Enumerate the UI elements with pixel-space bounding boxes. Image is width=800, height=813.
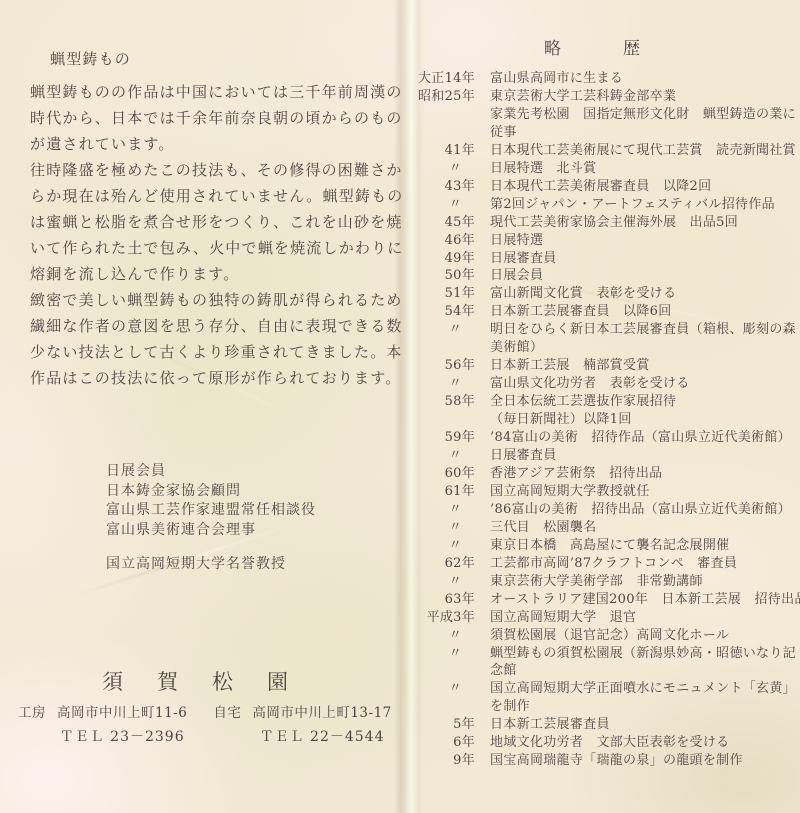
resume-year: 〃 [418,519,475,537]
resume-year: 平成3年 [418,609,475,627]
resume-year [418,698,475,716]
resume-entry-text: 日本現代工芸美術展にて現代工芸賞 読売新聞社賞 [475,142,800,160]
resume-row: を制作 [418,698,800,716]
resume-entry-text: 国立高岡短期大学教授就任 [475,483,800,501]
studio-label: 工房 [18,701,46,746]
paragraph-line: 往時隆盛を極めたこの技法も、その修得の困難さか [30,157,394,183]
contact-block: 工房 高岡市中川上町11-6 ＴＥＬ 23－2396 自宅 高岡市中川上町13-… [0,701,400,746]
credential-item: 富山県美術連合会理事 [106,521,316,541]
resume-year [418,411,475,429]
resume-year: 〃 [418,627,475,645]
resume-entry-text: オーストラリア建国200年 日本新工芸展 招待出品 [475,591,800,609]
resume-entry-text: 日展特選 北斗賞 [475,160,800,178]
resume-row: 〃 国立高岡短期大学正面噴水にモニュメント「玄黄」 [418,680,800,698]
resume-row: 〃 明日をひらく新日本工芸展審査員（箱根、彫刻の森 [418,321,800,339]
resume-year: 45年 [418,214,475,232]
resume-row: 〃 富山県文化功労者 表彰を受ける [418,375,800,393]
resume-entry-text: 日展会員 [475,267,800,285]
resume-year: 9年 [418,752,475,770]
resume-entry-text: 明日をひらく新日本工芸展審査員（箱根、彫刻の森 [475,321,800,339]
resume-row: 46年 日展特選 [418,232,800,250]
resume-row: 5年 日本新工芸展審査員 [418,716,800,734]
resume-row: 51年 富山新聞文化賞 表彰を受ける [418,285,800,303]
paragraph-line: 蝋型鋳ものの作品は中国においては三千年前周漢の [30,79,394,105]
resume-year: 〃 [418,321,475,339]
resume-row: 63年 オーストラリア建国200年 日本新工芸展 招待出品 [418,591,800,609]
resume-entry-text: 全日本伝統工芸選抜作家展招待 [475,393,800,411]
resume-entry-text: 須賀松園展（退官記念）高岡文化ホール [475,627,800,645]
resume-entry-text: 工芸都市高岡’87クラフトコンペ 審査員 [475,555,800,573]
resume-row: 58年 全日本伝統工芸選抜作家展招待 [418,393,800,411]
resume-year: 61年 [418,483,475,501]
resume-entry-text: を制作 [475,698,800,716]
resume-row: 56年 日本新工芸展 楠部賞受賞 [418,357,800,375]
resume-year: 大正14年 [418,70,475,88]
resume-year [418,339,475,357]
paragraph-line: 時代から、日本では千余年前奈良朝の頃からのもの [30,105,394,131]
paragraph-line: 繊細な作者の意図を思う存分、自由に表現できる数 [30,313,394,339]
resume-entry-text: ’84富山の美術 招待作品（富山県立近代美術館） [475,429,800,447]
resume-year [418,662,475,680]
resume-entry-text: 国宝高岡瑞龍寺「瑞龍の泉」の龍頭を制作 [475,752,800,770]
resume-row: 〃 須賀松園展（退官記念）高岡文化ホール [418,627,800,645]
resume-year: 63年 [418,591,475,609]
resume-entry-text: 三代目 松園襲名 [475,519,800,537]
resume-title: 略歴 [418,34,794,59]
resume-row: 〃 蝋型鋳もの須賀松園展（新潟県妙高・昭徳いなり記 [418,645,800,663]
resume-row: 60年 香港アジア芸術祭 招待出品 [418,465,800,483]
resume-entry-text: 蝋型鋳もの須賀松園展（新潟県妙高・昭徳いなり記 [475,645,800,663]
resume-row: 〃 日展審査員 [418,447,800,465]
resume-table: 大正14年 富山県高岡市に生まる 昭和25年 東京芸術大学工芸科鋳金部卒業 家業… [418,70,800,770]
resume-year: 43年 [418,178,475,196]
resume-year: 56年 [418,357,475,375]
resume-entry-text: 家業先考松園 国指定無形文化財 蝋型鋳造の業に [475,106,800,124]
resume-entry-text: 富山県文化功労者 表彰を受ける [475,375,800,393]
resume-entry-text: 日本新工芸展 楠部賞受賞 [475,357,800,375]
resume-year: 6年 [418,734,475,752]
artist-name: 須賀松園 [102,666,322,696]
resume-year [418,124,475,142]
intro-paragraph: 蝋型鋳ものの作品は中国においては三千年前周漢の 時代から、日本では千余年前奈良朝… [30,79,394,391]
resume-row: 〃 三代目 松園襲名 [418,519,800,537]
resume-year: 〃 [418,573,475,591]
intro-section: 蝋型鋳もの 蝋型鋳ものの作品は中国においては三千年前周漢の 時代から、日本では千… [30,46,394,391]
resume-row: 61年 国立高岡短期大学教授就任 [418,483,800,501]
honorary-title: 国立高岡短期大学名誉教授 [106,553,286,573]
resume-year: 〃 [418,447,475,465]
resume-entry-text: 日展審査員 [475,250,800,268]
resume-row: 59年 ’84富山の美術 招待作品（富山県立近代美術館） [418,429,800,447]
resume-row: 49年 日展審査員 [418,250,800,268]
intro-title: 蝋型鋳もの [50,46,394,72]
resume-year: 49年 [418,250,475,268]
resume-row: 従事 [418,124,800,142]
resume-entry-text: 東京芸術大学工芸科鋳金部卒業 [475,88,800,106]
resume-row: 45年 現代工芸美術家協会主催海外展 出品5回 [418,214,800,232]
studio-tel: ＴＥＬ 23－2396 [57,726,187,746]
resume-row: 家業先考松園 国指定無形文化財 蝋型鋳造の業に [418,106,800,124]
resume-entry-text: （毎日新聞社）以降1回 [475,411,800,429]
paragraph-line: 熔銅を流し込んで作ります。 [30,261,394,287]
resume-year: 〃 [418,196,475,214]
resume-year: 〃 [418,645,475,663]
resume-entry-text: 香港アジア芸術祭 招待出品 [475,465,800,483]
resume-year: 58年 [418,393,475,411]
paragraph-line: は蜜蝋と松脂を煮合せ形をつくり、これを山砂を焼 [30,209,394,235]
resume-row: 43年 日本現代工芸美術展審査員 以降2回 [418,178,800,196]
resume-year: 51年 [418,285,475,303]
resume-row: 念館 [418,662,800,680]
studio-contact: 工房 高岡市中川上町11-6 ＴＥＬ 23－2396 [18,701,187,746]
resume-row: 平成3年 国立高岡短期大学 退官 [418,609,800,627]
scanned-pamphlet: 蝋型鋳もの 蝋型鋳ものの作品は中国においては三千年前周漢の 時代から、日本では千… [0,0,800,813]
resume-row: 〃 日展特選 北斗賞 [418,160,800,178]
paragraph-line: 緻密で美しい蝋型鋳もの独特の鋳肌が得られるため [30,287,394,313]
resume-entry-text: 現代工芸美術家協会主催海外展 出品5回 [475,214,800,232]
resume-year: 41年 [418,142,475,160]
resume-year: 59年 [418,429,475,447]
resume-year: 〃 [418,160,475,178]
resume-entry-text: 日展審査員 [475,447,800,465]
resume-row: 9年 国宝高岡瑞龍寺「瑞龍の泉」の龍頭を制作 [418,752,800,770]
resume-entry-text: 日展特選 [475,232,800,250]
resume-entry-text: 富山新聞文化賞 表彰を受ける [475,285,800,303]
resume-entry-text: 日本新工芸展審査員 [475,716,800,734]
resume-year: 〃 [418,680,475,698]
resume-entry-text: 従事 [475,124,800,142]
resume-row: 大正14年 富山県高岡市に生まる [418,70,800,88]
resume-row: 〃 東京芸術大学美術学部 非常勤講師 [418,573,800,591]
paragraph-line: が遺されています。 [30,131,394,157]
resume-year: 5年 [418,716,475,734]
resume-entry-text: 日本現代工芸美術展審査員 以降2回 [475,178,800,196]
resume-section: 略歴 大正14年 富山県高岡市に生まる 昭和25年 東京芸術大学工芸科鋳金部卒業 [418,34,794,770]
resume-year: 60年 [418,465,475,483]
home-label: 自宅 [213,701,241,746]
resume-row: 41年 日本現代工芸美術展にて現代工芸賞 読売新聞社賞 [418,142,800,160]
resume-year: 46年 [418,232,475,250]
resume-row: 54年 日本新工芸展審査員 以降6回 [418,303,800,321]
resume-year: 54年 [418,303,475,321]
resume-year: 50年 [418,267,475,285]
resume-entry-text: 東京日本橋 高島屋にて襲名記念展開催 [475,537,800,555]
credential-item: 富山県工芸作家連盟常任相談役 [106,501,316,521]
home-contact: 自宅 高岡市中川上町13-17 ＴＥＬ 22－4544 [213,701,391,746]
resume-row: 〃 第2回ジャパン・アートフェスティバル招待作品 [418,196,800,214]
home-tel: ＴＥＬ 22－4544 [252,726,391,746]
resume-entry-text: ’86富山の美術 招待出品（富山県立近代美術館） [475,501,800,519]
resume-entry-text: 国立高岡短期大学正面噴水にモニュメント「玄黄」 [475,680,800,698]
resume-row: 62年 工芸都市高岡’87クラフトコンペ 審査員 [418,555,800,573]
resume-entry-text: 国立高岡短期大学 退官 [475,609,800,627]
studio-address: 高岡市中川上町11-6 [57,705,187,721]
resume-row: 〃 ’86富山の美術 招待出品（富山県立近代美術館） [418,501,800,519]
resume-row: 6年 地域文化功労者 文部大臣表彰を受ける [418,734,800,752]
paragraph-line: らか現在は殆んど使用されていません。蝋型鋳もの [30,183,394,209]
resume-row: 美術館） [418,339,800,357]
home-address: 高岡市中川上町13-17 [252,705,391,721]
resume-entry-text: 東京芸術大学美術学部 非常勤講師 [475,573,800,591]
resume-row: 50年 日展会員 [418,267,800,285]
resume-row: （毎日新聞社）以降1回 [418,411,800,429]
credentials-list: 日展会員 日本鋳金家協会顧問 富山県工芸作家連盟常任相談役 富山県美術連合会理事 [106,462,316,540]
credential-item: 日展会員 [106,462,316,482]
resume-year: 〃 [418,537,475,555]
resume-entry-text: 富山県高岡市に生まる [475,70,800,88]
resume-year: 62年 [418,555,475,573]
paragraph-line: いて作られた土で包み、火中で蝋を焼流しかわりに [30,235,394,261]
credential-item: 日本鋳金家協会顧問 [106,482,316,502]
paragraph-line: 作品はこの技法に依って原形が作られております。 [30,365,394,391]
resume-year: 昭和25年 [418,88,475,106]
resume-row: 〃 東京日本橋 高島屋にて襲名記念展開催 [418,537,800,555]
resume-entry-text: 念館 [475,662,800,680]
resume-entry-text: 第2回ジャパン・アートフェスティバル招待作品 [475,196,800,214]
resume-year: 〃 [418,375,475,393]
resume-row: 昭和25年 東京芸術大学工芸科鋳金部卒業 [418,88,800,106]
resume-year: 〃 [418,501,475,519]
paragraph-line: 少ない技法として古くより珍重されてきました。本 [30,339,394,365]
resume-entry-text: 日本新工芸展審査員 以降6回 [475,303,800,321]
resume-entry-text: 地域文化功労者 文部大臣表彰を受ける [475,734,800,752]
resume-entry-text: 美術館） [475,339,800,357]
resume-year [418,106,475,124]
